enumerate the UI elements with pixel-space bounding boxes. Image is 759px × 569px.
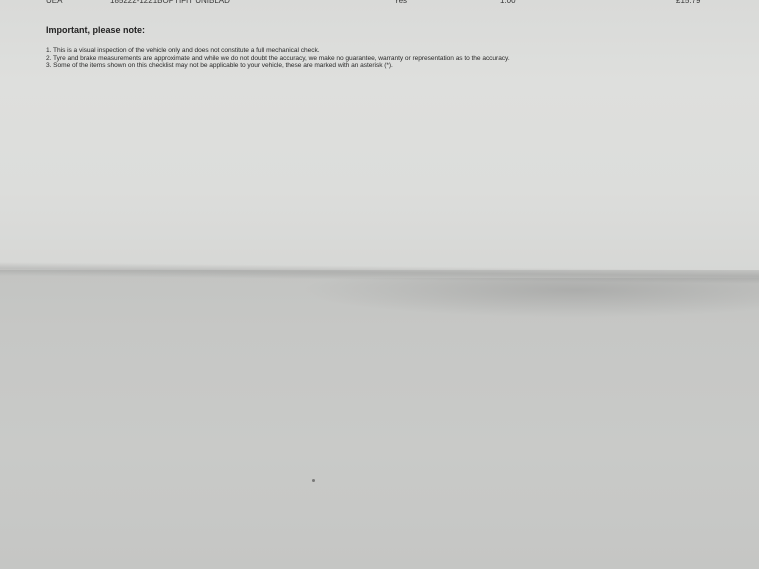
notes-list: 1. This is a visual inspection of the ve…: [46, 47, 510, 70]
note-item: 3. Some of the items shown on this check…: [46, 62, 510, 70]
fold-shadow: [300, 278, 759, 318]
line-item-included: Yes: [394, 0, 407, 5]
note-item: 2. Tyre and brake measurements are appro…: [46, 55, 510, 63]
line-item-description: 185222-1221BOPTIFIT UNIBLAD: [110, 0, 230, 5]
notes-heading: Important, please note:: [46, 25, 145, 35]
note-item: 1. This is a visual inspection of the ve…: [46, 47, 510, 55]
line-item-quantity: 1.00: [500, 0, 516, 5]
paper-upper-section: [0, 0, 759, 272]
line-item-code: UEA: [46, 0, 62, 5]
line-item-row: UEA 185222-1221BOPTIFIT UNIBLAD Yes 1.00…: [0, 0, 759, 8]
line-item-price: £15.79: [676, 0, 700, 5]
paper-speck: [312, 479, 315, 482]
